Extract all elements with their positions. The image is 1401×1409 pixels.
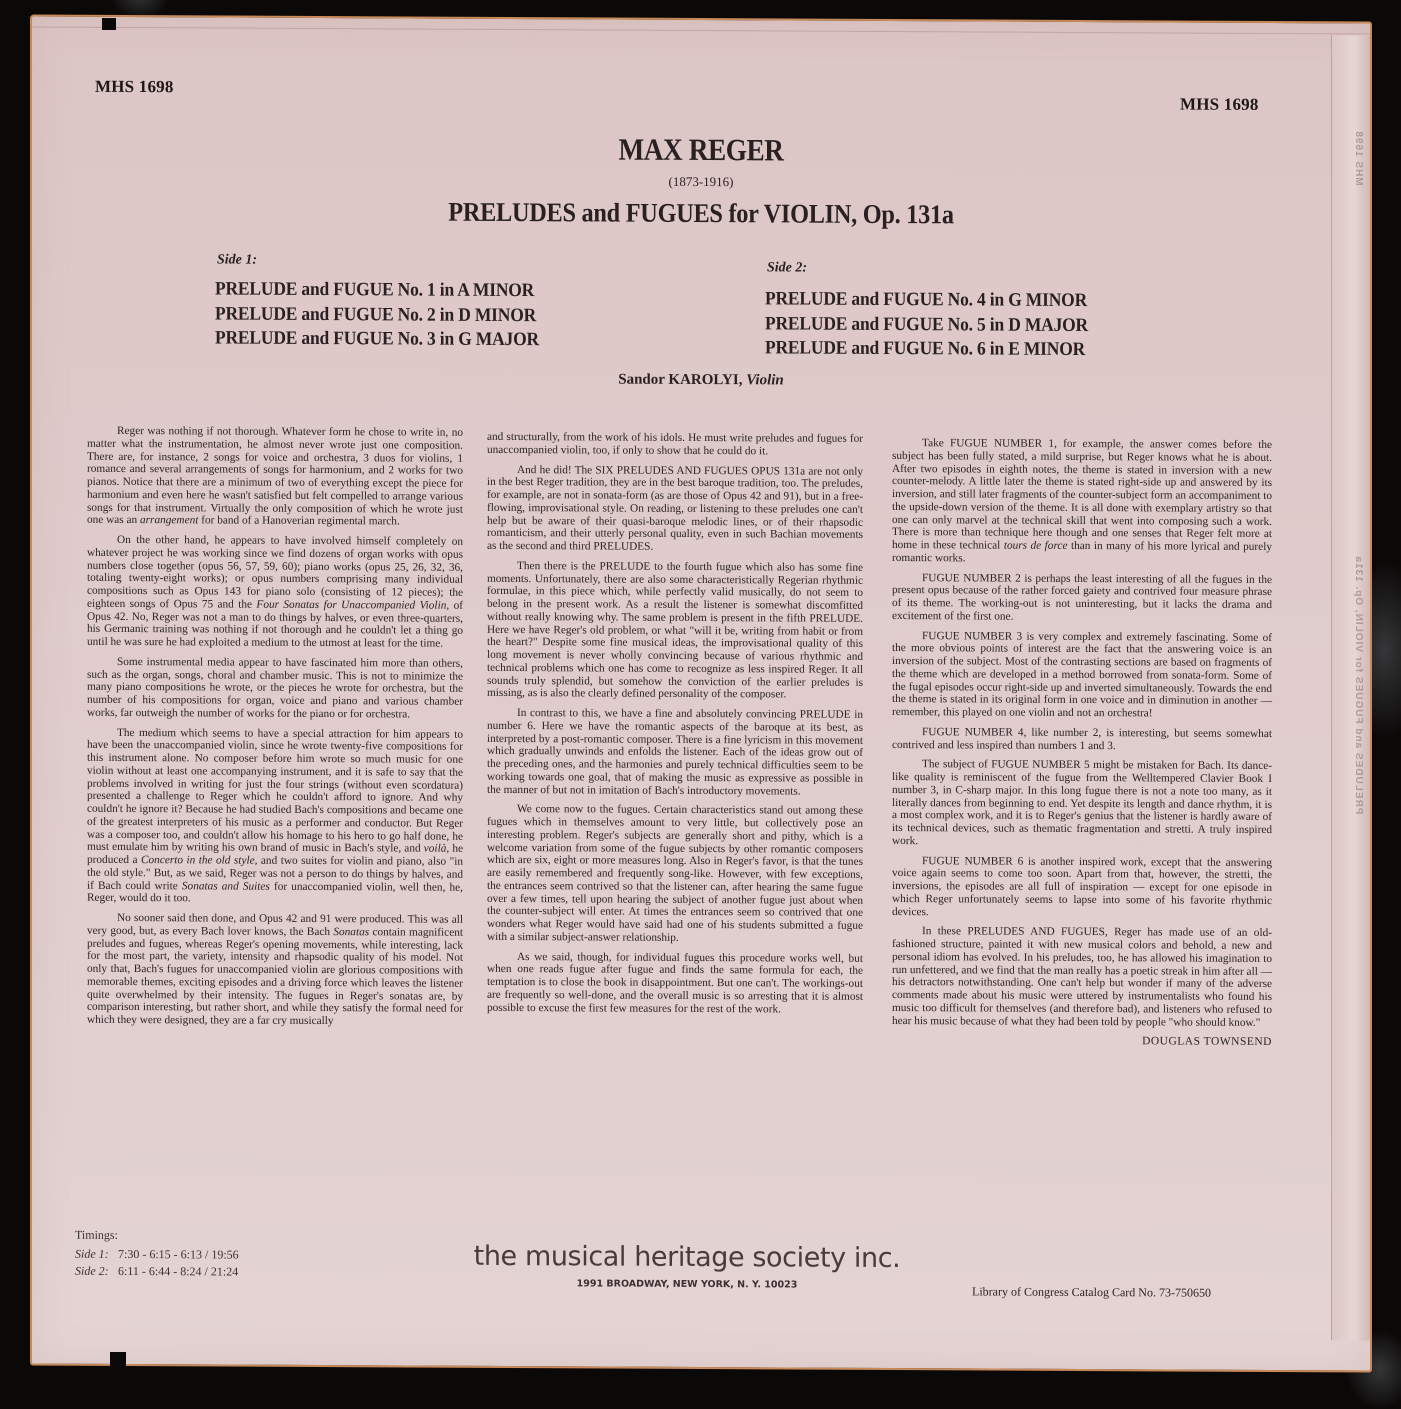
publisher-address: 1991 BROADWAY, NEW YORK, N. Y. 10023: [407, 1277, 967, 1291]
library-of-congress-number: Library of Congress Catalog Card No. 73-…: [972, 1284, 1211, 1300]
timing-row: Side 2: 6:11 - 6:44 - 8:24 / 21:24: [75, 1263, 239, 1281]
side-1-label: Side 1:: [217, 252, 257, 268]
track-item: PRELUDE and FUGUE No. 5 in D MAJOR: [765, 312, 1088, 338]
catalog-number-right: MHS 1698: [1180, 95, 1259, 115]
track-item: PRELUDE and FUGUE No. 2 in D MINOR: [215, 302, 539, 328]
liner-note-paragraph: As we said, though, for individual fugue…: [487, 950, 863, 1016]
liner-note-paragraph: Then there is the PRELUDE to the fourth …: [487, 560, 863, 702]
timing-side: Side 1:: [75, 1246, 115, 1263]
liner-notes-author: DOUGLAS TOWNSEND: [892, 1034, 1272, 1049]
liner-note-paragraph: On the other hand, he appears to have in…: [87, 534, 463, 651]
catalog-number-left: MHS 1698: [95, 77, 174, 97]
composer-dates: (1873-1916): [32, 170, 1370, 193]
performer-name: Sandor KAROLYI,: [618, 372, 742, 389]
spine-edge: MHS 1698 PRELUDES and FUGUES for VIOLIN,…: [1331, 35, 1370, 1340]
liner-note-paragraph: Take FUGUE NUMBER 1, for example, the an…: [892, 437, 1272, 566]
timing-row: Side 1: 7:30 - 6:15 - 6:13 / 19:56: [75, 1246, 239, 1264]
publisher-block: the musical heritage society inc. 1991 B…: [407, 1240, 967, 1291]
liner-note-paragraph: The subject of FUGUE NUMBER 5 might be m…: [892, 758, 1272, 849]
side-2-label: Side 2:: [767, 260, 807, 276]
cover-edge-notch: [110, 1352, 126, 1370]
performer-instrument: Violin: [746, 372, 784, 388]
liner-note-paragraph: No sooner said then done, and Opus 42 an…: [87, 912, 463, 1029]
timing-side: Side 2:: [75, 1263, 115, 1280]
timings-block: Timings: Side 1: 7:30 - 6:15 - 6:13 / 19…: [75, 1227, 239, 1281]
liner-notes-column-3: Take FUGUE NUMBER 1, for example, the an…: [892, 437, 1272, 1056]
liner-note-paragraph: Reger was nothing if not thorough. Whate…: [87, 425, 463, 529]
liner-note-paragraph: FUGUE NUMBER 3 is very complex and extre…: [892, 630, 1272, 721]
liner-note-paragraph: And he did! The SIX PRELUDES AND FUGUES …: [487, 463, 863, 554]
liner-notes-column-2: and structurally, from the work of his i…: [487, 431, 863, 1023]
track-item: PRELUDE and FUGUE No. 1 in A MINOR: [215, 277, 539, 303]
liner-note-paragraph: Some instrumental media appear to have f…: [87, 656, 463, 722]
liner-note-paragraph: In these PRELUDES AND FUGUES, Reger has …: [892, 925, 1272, 1029]
publisher-name: the musical heritage society inc.: [407, 1240, 967, 1274]
timings-label: Timings:: [75, 1227, 239, 1245]
liner-note-paragraph: and structurally, from the work of his i…: [487, 431, 863, 458]
liner-note-paragraph: FUGUE NUMBER 2 is perhaps the least inte…: [892, 572, 1272, 625]
liner-note-paragraph: We come now to the fugues. Certain chara…: [487, 803, 863, 945]
spine-work-title: PRELUDES and FUGUES for VIOLIN, Op. 131a: [1350, 555, 1364, 814]
composer-name: MAX REGER: [112, 129, 1289, 171]
liner-note-paragraph: FUGUE NUMBER 6 is another inspired work,…: [892, 855, 1272, 921]
track-item: PRELUDE and FUGUE No. 3 in G MAJOR: [215, 326, 539, 352]
liner-note-paragraph: The medium which seems to have a special…: [87, 726, 463, 906]
track-item: PRELUDE and FUGUE No. 4 in G MINOR: [765, 287, 1088, 313]
side-1-track-list: PRELUDE and FUGUE No. 1 in A MINOR PRELU…: [215, 277, 567, 352]
performer-credit: Sandor KAROLYI, Violin: [32, 368, 1370, 392]
work-title: PRELUDES and FUGUES for VIOLIN, Op. 131a: [99, 195, 1303, 232]
album-back-cover: MHS 1698 PRELUDES and FUGUES for VIOLIN,…: [30, 14, 1372, 1372]
track-item: PRELUDE and FUGUE No. 6 in E MINOR: [765, 336, 1088, 362]
cover-edge-notch: [102, 18, 116, 30]
liner-notes-column-1: Reger was nothing if not thorough. Whate…: [87, 425, 463, 1036]
timing-values: 6:11 - 6:44 - 8:24 / 21:24: [118, 1264, 238, 1279]
side-2-track-list: PRELUDE and FUGUE No. 4 in G MINOR PRELU…: [765, 287, 1116, 362]
timing-values: 7:30 - 6:15 - 6:13 / 19:56: [118, 1247, 239, 1262]
liner-note-paragraph: FUGUE NUMBER 4, like number 2, is intere…: [892, 726, 1272, 753]
liner-note-paragraph: In contrast to this, we have a fine and …: [487, 707, 863, 798]
